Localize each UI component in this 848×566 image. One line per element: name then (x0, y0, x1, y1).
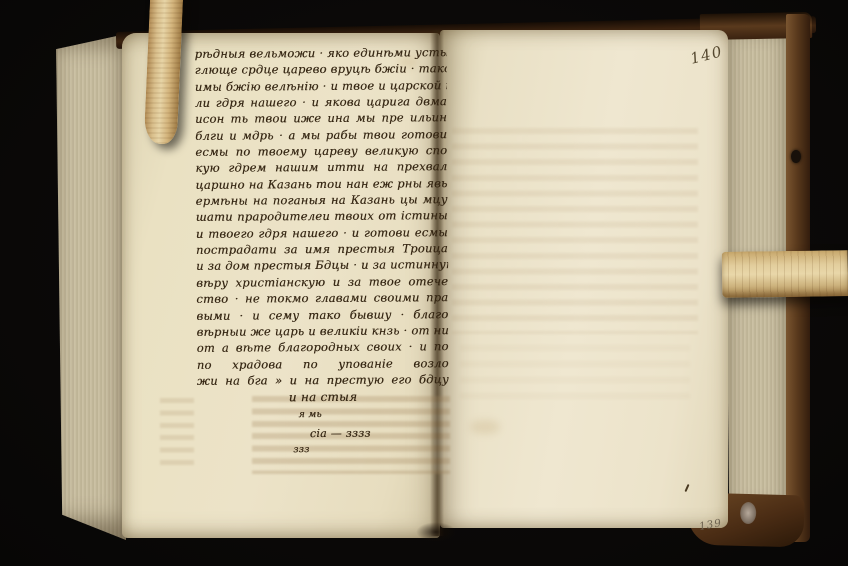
manuscript-line: и за дом престыя Бдцы · и за истинную (196, 257, 448, 275)
clasp-metal-glint (740, 502, 757, 524)
clasp-nail-hole (791, 150, 801, 163)
manuscript-line: ермѣны на поганыя на Казань цы мцу (196, 191, 448, 209)
manuscript-text-block: рѣдныя вельможи · яко единѣми усты · глю… (195, 44, 450, 459)
left-leaf-block-fore-edge (50, 34, 126, 540)
bookmark-stick-top (144, 0, 184, 145)
manuscript-line: рѣдныя вельможи · яко единѣми усты · (195, 44, 447, 62)
manuscript-line: ли гдря нашего · и якова царига двма (195, 93, 447, 111)
manuscript-line: есмы по твоему цареву великую спо (195, 142, 447, 160)
manuscript-line: и твоего гдря нашего · и готови есмы (196, 224, 448, 242)
gutter-bottom-shadow (416, 522, 456, 542)
bleed-through-text-right-page-lower (460, 345, 690, 405)
manuscript-line: пострадати за имя престыя Троица (196, 240, 448, 258)
manuscript-line: ство · не токмо главами своими пра (196, 289, 448, 307)
manuscript-line: вѣру христіанскую и за твое отече (196, 273, 448, 291)
manuscript-line: по храдова по упованіе возло (197, 355, 449, 373)
manuscript-line: царшно на Казань тои нан еж рны явь (195, 175, 447, 193)
manuscript-closing-line: и на стыя (197, 388, 449, 406)
bookmark-stick-right (722, 250, 848, 298)
manuscript-line: жи на бга » и на престую его бдцу (197, 371, 449, 389)
manuscript-line: от а вѣте благородных своих · и по (197, 338, 449, 356)
manuscript-line: имы бжію велѣнію · и твое и царской по (195, 77, 447, 95)
manuscript-closing-line: я мь (197, 406, 449, 424)
manuscript-line: выми · и сему тако бывшу · благо (196, 306, 448, 324)
bleed-through-text-right-page (452, 128, 698, 334)
manuscript-line: блги и мдрь · а мы рабы твои готови (195, 126, 447, 144)
foxing-stain (470, 420, 500, 434)
manuscript-line: вѣрныи же царь и великіи кнзь · от ним (196, 322, 448, 340)
manuscript-line: шати прародителеи твоих от істины (196, 208, 448, 226)
photograph-of-open-manuscript: рѣдныя вельможи · яко единѣми усты · глю… (0, 0, 848, 566)
manuscript-line: глюще срдце царево вруцѣ бжіи · тако жи (195, 60, 447, 78)
manuscript-quire-mark: сіа — зззз (197, 425, 449, 443)
manuscript-line: кую гдрем нашим итти на прехвал (195, 159, 447, 177)
bleed-through-text-left-margin (160, 398, 194, 470)
manuscript-quire-mark: ззз (197, 441, 449, 459)
manuscript-line: исон ть твои иже ина мы пре ильин (195, 109, 447, 127)
